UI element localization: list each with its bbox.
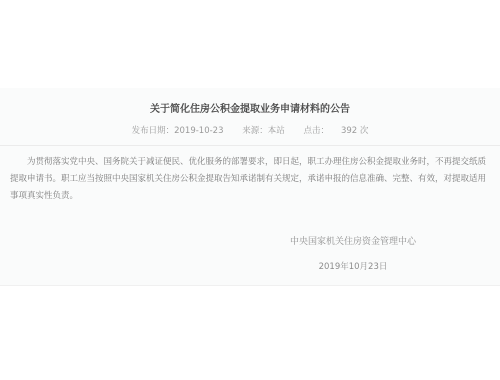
announcement-card: 关于简化住房公积金提取业务申请材料的公告 发布日期：2019-10-23 来源：… bbox=[0, 88, 500, 286]
announcement-page: 关于简化住房公积金提取业务申请材料的公告 发布日期：2019-10-23 来源：… bbox=[0, 0, 500, 380]
source-value: 本站 bbox=[268, 126, 285, 136]
hits-unit: 次 bbox=[360, 126, 369, 136]
publish-date-item: 发布日期：2019-10-23 bbox=[132, 125, 224, 137]
source-item: 来源：本站 bbox=[242, 125, 285, 137]
announcement-body: 为贯彻落实党中央、国务院关于减证便民、优化服务的部署要求，即日起，职工办理住房公… bbox=[0, 154, 500, 205]
issuing-organization: 中央国家机关住房资金管理中心 bbox=[268, 237, 438, 248]
article-meta: 发布日期：2019-10-23 来源：本站 点击：392 次 bbox=[0, 125, 500, 137]
signature-block: 中央国家机关住房资金管理中心 2019年10月23日 bbox=[268, 237, 438, 273]
publish-date-label: 发布日期： bbox=[132, 126, 175, 136]
hits-item: 点击：392 次 bbox=[303, 125, 368, 137]
hits-label: 点击： bbox=[303, 126, 329, 136]
meta-divider bbox=[0, 145, 500, 146]
source-label: 来源： bbox=[242, 126, 268, 136]
hits-value: 392 bbox=[341, 126, 357, 136]
publish-date-value: 2019-10-23 bbox=[174, 126, 223, 136]
page-title: 关于简化住房公积金提取业务申请材料的公告 bbox=[0, 88, 500, 116]
issue-date: 2019年10月23日 bbox=[268, 262, 438, 273]
